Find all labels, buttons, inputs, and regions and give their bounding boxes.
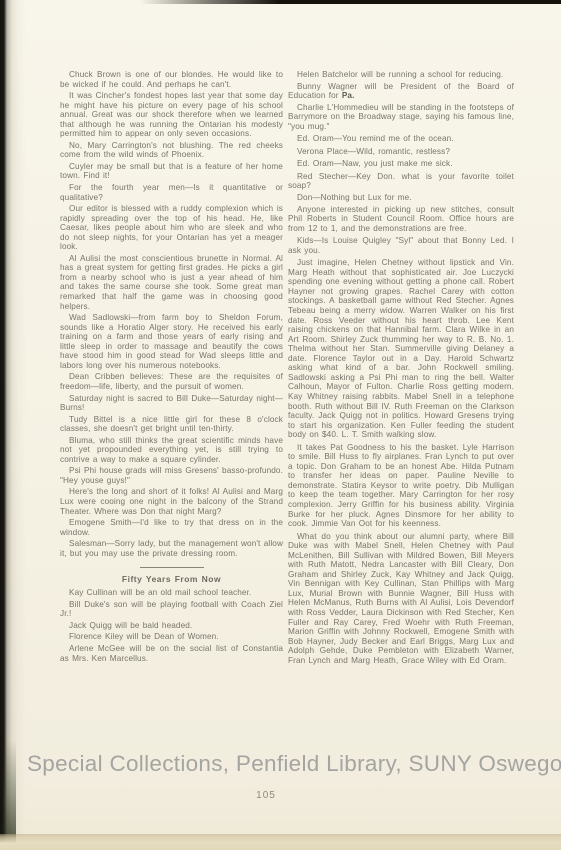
paragraph: Bunny Wagner will be President of the Bo… <box>288 82 514 101</box>
paragraph: It was Cincher's fondest hopes last year… <box>60 91 283 139</box>
paragraph: Chuck Brown is one of our blondes. He wo… <box>60 70 283 89</box>
paragraph: Tudy Bittel is a nice little girl for th… <box>60 415 283 434</box>
right-text-column: Helen Batchelor will be running a school… <box>288 70 514 667</box>
paragraph: What do you think about our alumni party… <box>288 532 514 666</box>
paragraph: Arlene McGee will be on the social list … <box>60 644 283 663</box>
paragraph: Cuyler may be small but that is a featur… <box>60 162 283 181</box>
paragraph: Bluma, who still thinks the great scient… <box>60 436 283 465</box>
paragraph: Bill Duke's son will be playing football… <box>60 600 283 619</box>
paragraph: Ed. Oram—You remind me of the ocean. <box>288 134 514 144</box>
paragraph: Dean Cribben believes: These are the req… <box>60 372 283 391</box>
paragraph: It takes Pat Goodness to his the basket.… <box>288 443 514 529</box>
paragraph: Florence Kiley will be Dean of Women. <box>60 632 283 642</box>
scanned-yearbook-page: Chuck Brown is one of our blondes. He wo… <box>0 0 561 850</box>
paragraph: Don—Nothing but Lux for me. <box>288 193 514 203</box>
paragraph: Saturday night is sacred to Bill Duke—Sa… <box>60 394 283 413</box>
paragraph: Al Aulisi the most conscientious brunett… <box>60 254 283 311</box>
left-text-column: Chuck Brown is one of our blondes. He wo… <box>60 70 283 665</box>
section-divider <box>140 567 204 568</box>
paragraph: Charlie L'Hommedieu will be standing in … <box>288 103 514 132</box>
section-heading: Fifty Years From Now <box>60 575 283 585</box>
library-watermark: Special Collections, Penfield Library, S… <box>27 751 561 777</box>
paragraph: Kay Cullinan will be an old mail school … <box>60 588 283 598</box>
paragraph: No, Mary Carrington's not blushing. The … <box>60 141 283 160</box>
page-edge-bottom-band <box>0 834 561 850</box>
page-number: 105 <box>0 790 532 801</box>
scan-edge-left <box>0 0 26 850</box>
paragraph: Psi Phi house grads will miss Gresens' b… <box>60 466 283 485</box>
paragraph: Red Stecher—Key Don. what is your favori… <box>288 172 514 191</box>
scan-edge-top <box>0 0 561 4</box>
paragraph: Jack Quigg will be bald headed. <box>60 621 283 631</box>
paragraph: For the fourth year men—Is it quantitati… <box>60 183 283 202</box>
paragraph: Wad Sadlowski—from farm boy to Sheldon F… <box>60 313 283 370</box>
paragraph: Here's the long and short of it folks! A… <box>60 487 283 516</box>
paragraph: Helen Batchelor will be running a school… <box>288 70 514 80</box>
paragraph: Salesman—Sorry lady, but the management … <box>60 539 283 558</box>
paragraph: Anyone interested in picking up new stit… <box>288 205 514 234</box>
paragraph: Verona Place—Wild, romantic, restless? <box>288 147 514 157</box>
paragraph: Our editor is blessed with a ruddy compl… <box>60 204 283 252</box>
paragraph: Kids—Is Louise Quigley "Syl" about that … <box>288 236 514 255</box>
paragraph: Just imagine, Helen Chetney without lips… <box>288 258 514 439</box>
paragraph: Emogene Smith—I'd like to try that dress… <box>60 518 283 537</box>
paragraph: Ed. Oram—Naw, you just make me sick. <box>288 159 514 169</box>
